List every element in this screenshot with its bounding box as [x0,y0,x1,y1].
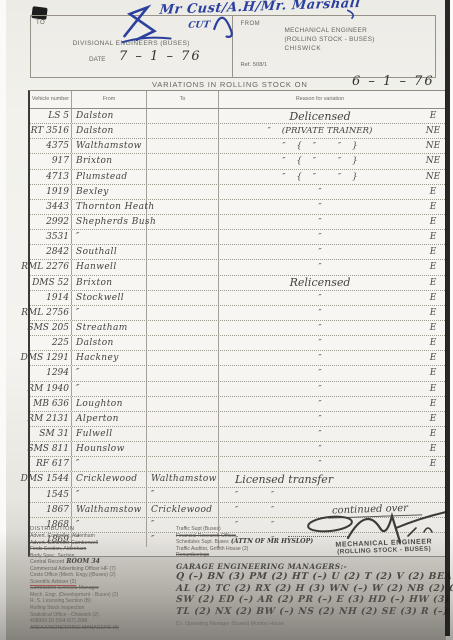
cell-vehicle: 1294 [30,366,72,380]
cell-to [147,457,219,471]
cell-to [147,321,219,335]
scanned-document-page: TO DIVISIONAL ENGINEERS (BUSES) DATE 7 –… [0,0,453,640]
cell-flag [421,488,445,502]
cell-from: Loughton [72,397,147,411]
cell-flag [421,472,445,486]
table-row: 1914Stockwell″E [30,291,445,306]
header-vehicle-number: Vehicle number [30,91,72,108]
table-row: DMS 52BrixtonRelicensedE [30,276,445,291]
cell-reason: ″ [219,427,421,441]
cell-flag: E [421,109,445,123]
cell-flag: E [421,291,445,305]
cell-flag: E [421,351,445,365]
cell-vehicle: SMS 205 [30,321,72,335]
cell-to [147,200,219,214]
cell-to [147,427,219,441]
table-row: 2842Southall″E [30,245,445,260]
cell-to [147,382,219,396]
cell-flag: NE [421,139,445,153]
cell-from: ″ [72,457,147,471]
cell-vehicle: 4713 [30,170,72,184]
distribution-left-list: Advert. Controller, AldenhamAdvert. Cont… [30,533,176,631]
cell-vehicle: 1867 [30,503,72,517]
cell-reason: ″ [219,351,421,365]
table-row: RML 2756″″E [30,306,445,321]
cell-from: Hounslow [72,442,147,456]
cell-to [147,442,219,456]
cell-from: Plumstead [72,170,147,184]
cell-from: Bexley [72,185,147,199]
cell-from: Brixton [72,154,147,168]
header-to: To [147,91,219,108]
cell-to [147,185,219,199]
cell-to [147,260,219,274]
cell-from: Walthamstow [72,139,147,153]
cell-to [147,397,219,411]
cell-flag: E [421,321,445,335]
header-reason: Reason for variation [219,91,421,108]
cell-vehicle: RF 617 [30,457,72,471]
ref-number: Ref. 508/1 [241,62,268,68]
variations-table: Vehicle number From To Reason for variat… [28,90,446,557]
cell-reason: ″ [219,442,421,456]
cell-reason: ″ [219,321,421,335]
table-header-row: Vehicle number From To Reason for variat… [30,91,445,109]
cell-flag: E [421,306,445,320]
table-row: RM 2131Alperton″E [30,412,445,427]
table-row: RT 3516Dalston″ (PRIVATE TRAINER)NE [30,124,445,139]
cell-vehicle: MB 636 [30,397,72,411]
cell-from: Cricklewood [72,472,147,486]
to-label: TO [36,20,45,26]
cell-reason: ″ [219,200,421,214]
table-row: 1545″″″ ″ [30,488,445,503]
table-row: SMS 205Streatham″E [30,321,445,336]
table-row: RM 1940″″E [30,382,445,397]
cell-flag: E [421,382,445,396]
table-row: 4713Plumstead″ { ″ ″ }NE [30,170,445,185]
distribution-item: Renumberings [176,552,453,559]
cell-to: Cricklewood [147,503,219,517]
cell-to [147,154,219,168]
cell-vehicle: 1545 [30,488,72,502]
cell-flag: E [421,200,445,214]
table-row: DMS 1291Hackney″E [30,351,445,366]
cell-reason: ″ [219,260,421,274]
cell-vehicle: RML 2276 [30,260,72,274]
cell-to [147,351,219,365]
table-row: 4375Walthamstow″ { ″ ″ }NE [30,139,445,154]
cell-from: Hanwell [72,260,147,274]
cell-reason: ″ [219,215,421,229]
cell-vehicle: SM 31 [30,427,72,441]
cell-from: ″ [72,366,147,380]
cell-reason: ″ [219,245,421,259]
cell-reason: ″ [219,397,421,411]
cell-from: Dalston [72,124,147,138]
cell-flag: NE [421,170,445,184]
cell-from: Dalston [72,336,147,350]
title-handwritten-date: 6 – 1 – 76 [352,74,435,89]
cell-reason: ″ { ″ ″ } [219,139,421,153]
header-from: From [72,91,147,108]
cell-from: Walthamstow [72,503,147,517]
garage-code-line: SW (2) ED (–) AR (2) PR (–) E (3) HD (–)… [176,594,453,606]
cell-vehicle: 2992 [30,215,72,229]
from-value-line3: CHISWICK [285,45,322,52]
cell-reason: ″ ″ [219,488,421,502]
cell-to [147,170,219,184]
cell-vehicle: 1914 [30,291,72,305]
cell-flag: NE [421,154,445,168]
cell-reason: Licensed transfer [219,472,421,486]
cell-reason: ″ [219,291,421,305]
cell-to [147,276,219,290]
date-handwritten-value: 7 – 1 – 76 [119,49,202,64]
cell-from: ″ [72,230,147,244]
cell-vehicle: DMS 1291 [30,351,72,365]
cell-reason: ″ [219,412,421,426]
table-row: 3443Thornton Heath″E [30,200,445,215]
cell-from: Alperton [72,412,147,426]
cell-vehicle: RML 2756 [30,306,72,320]
cell-flag: E [421,276,445,290]
cell-vehicle: SMS 811 [30,442,72,456]
signature-note: CUT [187,20,210,31]
cell-from: ″ [72,382,147,396]
table-row: SM 31Fulwell″E [30,427,445,442]
cell-vehicle: LS 5 [30,109,72,123]
date-label: DATE [89,56,106,63]
table-row: SMS 811Hounslow″E [30,442,445,457]
table-body: LS 5DalstonDelicensedERT 3516Dalston″ (P… [30,109,445,547]
cell-to [147,366,219,380]
cell-flag: E [421,366,445,380]
cell-from: Hackney [72,351,147,365]
table-row: RF 617″″E [30,457,445,472]
cell-flag: E [421,442,445,456]
cell-vehicle: RM 1940 [30,382,72,396]
scan-edge [445,0,450,636]
cell-flag: E [421,260,445,274]
garage-code-line: TL (2) NX (2) BW (–) NS (2) NH (2) SE (3… [176,606,453,618]
cell-vehicle: 917 [30,154,72,168]
cell-to [147,291,219,305]
distribution-heading: DISTRIBUTION [30,526,74,532]
cell-reason: Relicensed [219,276,421,290]
cell-flag: E [421,336,445,350]
cell-reason: ″ (PRIVATE TRAINER) [219,124,421,138]
cell-vehicle: DMS 1544 [30,472,72,486]
cell-to: Walthamstow [147,472,219,486]
cell-to [147,139,219,153]
cell-vehicle: RM 2131 [30,412,72,426]
cell-flag: E [421,185,445,199]
cell-flag: E [421,412,445,426]
cell-to: ″ [147,488,219,502]
cell-reason: ″ { ″ ″ } [219,154,421,168]
cell-flag: E [421,245,445,259]
cell-vehicle: 4375 [30,139,72,153]
table-row: 3531″″E [30,230,445,245]
table-row: RML 2276Hanwell″E [30,260,445,275]
cell-from: ″ [72,306,147,320]
garage-code-list: Q (–) BN (3) PM (2) HT (–) U (2) T (2) V… [176,571,453,618]
cell-from: Streatham [72,321,147,335]
cell-to [147,306,219,320]
cell-reason: ″ [219,185,421,199]
garage-managers-heading: GARAGE ENGINEERING MANAGERS:- [176,562,453,571]
cell-reason: ″ [219,366,421,380]
cell-reason: ″ [219,382,421,396]
cell-to [147,124,219,138]
cell-to [147,230,219,244]
cell-flag: E [421,427,445,441]
cell-flag: E [421,215,445,229]
title-text: VARIATIONS IN ROLLING STOCK ON [152,80,308,89]
garage-code-line: Q (–) BN (3) PM (2) HT (–) U (2) T (2) V… [176,571,453,583]
cell-from: ″ [72,488,147,502]
cell-vehicle: 3443 [30,200,72,214]
cell-from: Southall [72,245,147,259]
cell-reason: ″ [219,336,421,350]
table-row: MB 636Loughton″E [30,397,445,412]
cell-from: Thornton Heath [72,200,147,214]
header-flag [421,91,445,108]
table-row: LS 5DalstonDelicensedE [30,109,445,124]
cell-to [147,245,219,259]
cell-reason: ″ [219,306,421,320]
cell-to [147,109,219,123]
cell-from: Brixton [72,276,147,290]
cell-from: Dalston [72,109,147,123]
cell-flag: NE [421,124,445,138]
table-row: DMS 1544CricklewoodWalthamstowLicensed t… [30,472,445,487]
stamp-dotted-line [288,536,350,537]
cell-vehicle: RT 3516 [30,124,72,138]
cell-reason: ″ [219,230,421,244]
cell-vehicle: 3531 [30,230,72,244]
cell-from: Shepherds Bush [72,215,147,229]
cell-flag [421,503,445,517]
cell-to [147,412,219,426]
cell-flag: E [421,457,445,471]
bottom-note: D.l. Operating Manager (Buses) Munton Ho… [176,621,453,627]
cell-vehicle: 1919 [30,185,72,199]
cell-reason: ″ { ″ ″ } [219,170,421,184]
distribution-item: AREA ENGINEERING MANAGERS (9) [30,625,176,632]
cell-flag: E [421,230,445,244]
cell-vehicle: 225 [30,336,72,350]
table-row: 2992Shepherds Bush″E [30,215,445,230]
table-row: 1919Bexley″E [30,185,445,200]
cell-to [147,336,219,350]
cell-reason: ″ [219,457,421,471]
cell-flag: E [421,397,445,411]
cell-from: Stockwell [72,291,147,305]
cell-vehicle: DMS 52 [30,276,72,290]
table-row: 1294″″E [30,366,445,381]
cell-to [147,215,219,229]
cell-vehicle: 2842 [30,245,72,259]
cell-reason: Delicensed [219,109,421,123]
table-row: 225Dalston″E [30,336,445,351]
cell-from: Fulwell [72,427,147,441]
table-row: 917Brixton″ { ″ ″ }NE [30,154,445,169]
garage-code-line: AL (2) TC (2) RX (2) H (3) WN (–) W (2) … [176,583,453,595]
